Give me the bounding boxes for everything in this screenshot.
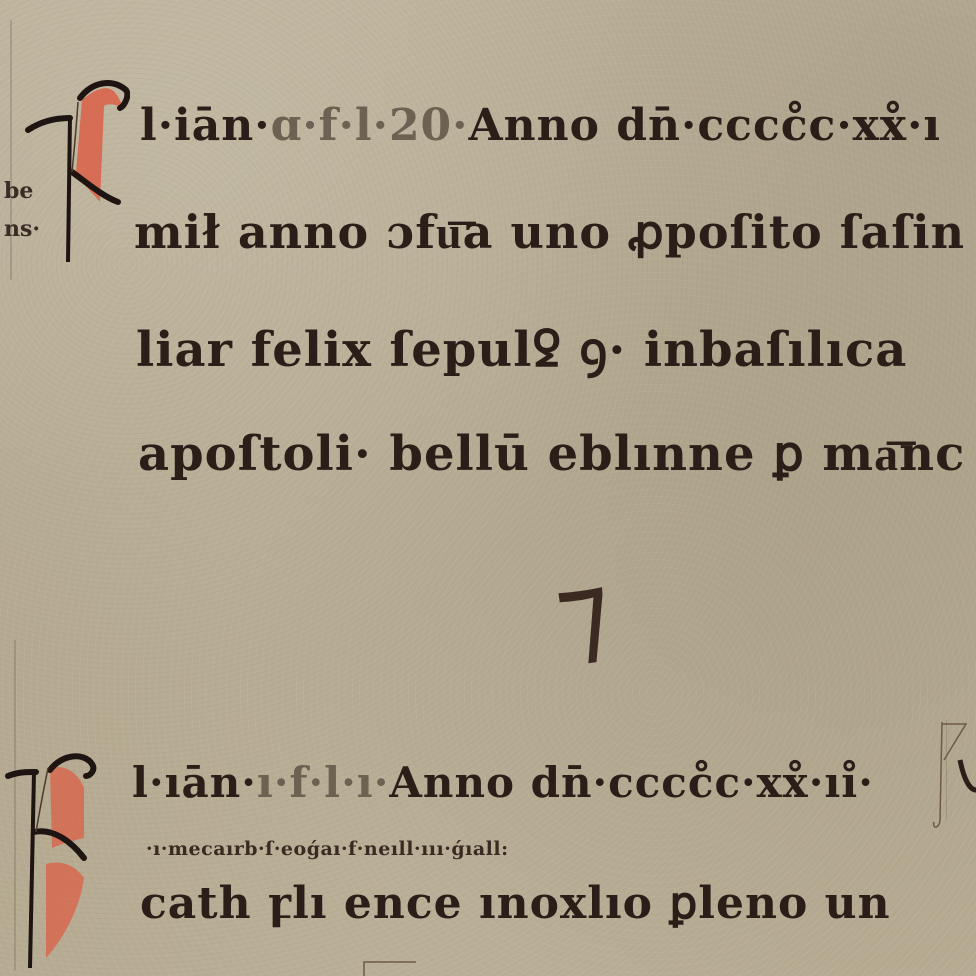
right-margin-bracket-top	[930, 720, 976, 840]
ferial-numbers: ɑ·f·l·20·	[271, 100, 469, 151]
entry-1-line-3: liar felix ſepulꝿ ꝯ· inbaſılıca	[136, 316, 907, 381]
kalend-marker: l·iān·	[140, 100, 271, 151]
anno-domini-date: Anno dn̄·cccc̊c·xx̊·ıı̊·	[389, 758, 874, 807]
entry-2-line-3: cath ꝼlı ence ınoxlıo ꝑleno un	[140, 878, 891, 929]
entry-1-line-4: apoſtoli· bellū eblınne ꝑ ma͞nc	[138, 426, 965, 482]
entry-2-line-1: l·ıān·ı·f·l·ı·Anno dn̄·cccc̊c·xx̊·ıı̊·	[132, 758, 874, 807]
interlinear-gloss: ·ı·mecaırb·ſ·eoǵaı·f·neıll·ııı·ǵıall:	[146, 838, 509, 860]
ferial-numbers: ı·f·l·ı·	[257, 758, 389, 807]
decorated-initial-k-1	[20, 72, 130, 272]
entry-1-line-1: l·iān·ɑ·f·l·20·Anno dn̄·cccc̊c·xx̊·ı	[140, 100, 941, 151]
tironian-et-mark: ⁊	[547, 545, 619, 679]
entry-1-line-2: mił anno ɔfu͞a uno ꝓpoſito ſaſin	[134, 205, 965, 259]
anno-domini-date: Anno dn̄·cccc̊c·xx̊·ı	[469, 100, 942, 151]
kalend-marker: l·ıān·	[132, 758, 257, 807]
decorated-initial-k-2	[4, 748, 104, 976]
bottom-margin-bracket	[360, 958, 420, 976]
